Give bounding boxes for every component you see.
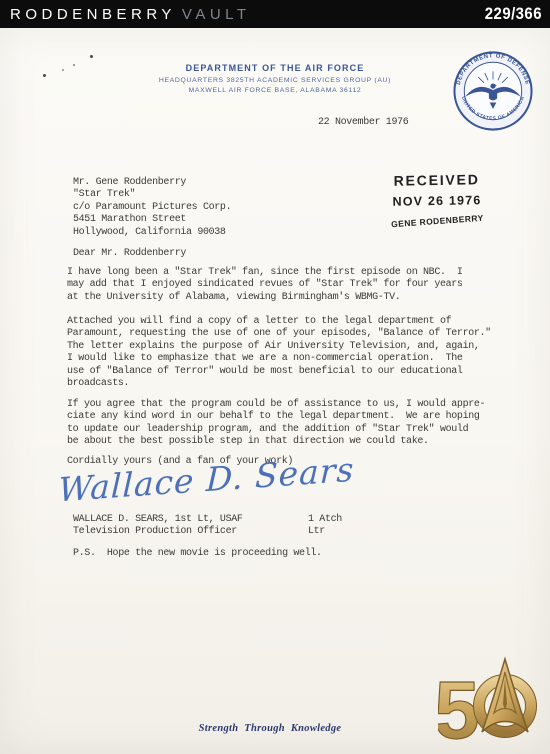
body-paragraph-3: If you agree that the program could be o… xyxy=(67,399,485,449)
body-paragraph-1: I have long been a "Star Trek" fan, sinc… xyxy=(67,267,463,304)
stamp-name-text: GENE RODENBERRY xyxy=(385,212,489,229)
recipient-address: Mr. Gene Roddenberry "Star Trek" c/o Par… xyxy=(73,177,231,239)
postscript: P.S. Hope the new movie is proceeding we… xyxy=(73,548,322,560)
brand-primary-text: RODDENBERRY xyxy=(10,6,176,23)
stamp-received-text: RECEIVED xyxy=(385,171,489,189)
brand-logo: RODDENBERRY VAULT xyxy=(10,6,251,23)
star-trek-50th-anniversary-logo: 5 xyxy=(438,652,548,754)
salutation: Dear Mr. Roddenberry xyxy=(73,248,186,260)
stamp-date-text: NOV 26 1976 xyxy=(385,193,489,209)
page-counter: 229/366 xyxy=(485,4,542,24)
department-of-defense-seal-icon: DEPARTMENT OF DEFENSE UNITED STATES OF A… xyxy=(452,50,534,132)
brand-secondary-text: VAULT xyxy=(182,6,251,23)
starfleet-delta-icon xyxy=(482,659,528,732)
scanned-letter-page: DEPARTMENT OF THE AIR FORCE HEADQUARTERS… xyxy=(0,28,550,754)
signature-name-title: WALLACE D. SEARS, 1st Lt, USAF Televisio… xyxy=(73,514,243,539)
body-paragraph-2: Attached you will find a copy of a lette… xyxy=(67,316,491,390)
paper-speck xyxy=(90,55,93,58)
letter-date: 22 November 1976 xyxy=(318,117,408,129)
received-stamp: RECEIVED NOV 26 1976 GENE RODENBERRY xyxy=(385,171,490,227)
viewer-header-bar: RODDENBERRY VAULT 229/366 xyxy=(0,0,550,28)
attachment-note: 1 Atch Ltr xyxy=(308,514,342,539)
